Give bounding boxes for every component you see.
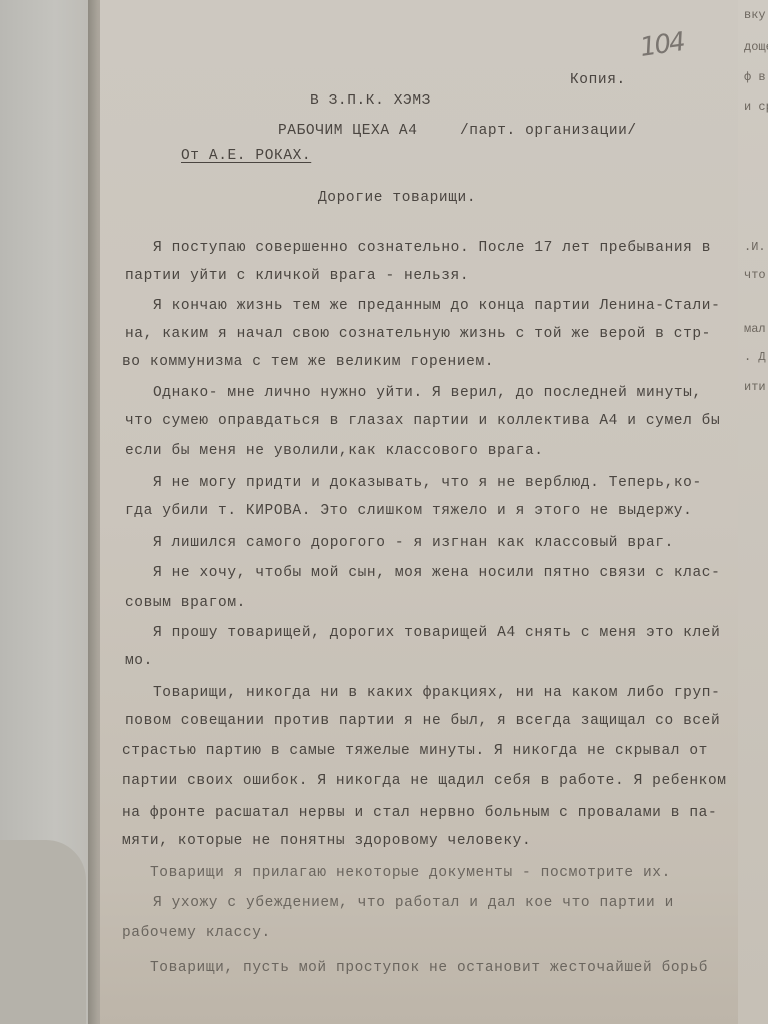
body-line: Я не могу придти и доказывать, что я не … (153, 475, 702, 491)
right-fragment: ф в (744, 70, 766, 84)
body-line: гда убили т. КИРОВА. Это слишком тяжело … (125, 503, 692, 519)
body-line: Я прошу товарищей, дорогих товарищей А4 … (153, 625, 720, 641)
body-line: на, каким я начал свою сознательную жизн… (125, 326, 711, 342)
copy-mark: Копия. (570, 72, 626, 88)
body-line: если бы меня не уволили,как классового в… (125, 443, 544, 459)
body-line: партии своих ошибок. Я никогда не щадил … (122, 773, 727, 789)
archive-page-number: 104 (638, 27, 685, 63)
addressee-line-1: В З.П.К. ХЭМЗ (310, 93, 431, 109)
right-fragment: вку (744, 8, 766, 22)
right-fragment: мал (744, 322, 766, 336)
right-fragment: доще (744, 40, 768, 54)
body-line: Я кончаю жизнь тем же преданным до конца… (153, 298, 720, 314)
body-line: на фронте расшатал нервы и стал нервно б… (122, 805, 717, 821)
body-line: мяти, которые не понятны здоровому челов… (122, 833, 531, 849)
addressee-line-2: РАБОЧИМ ЦЕХА А4 (278, 123, 418, 139)
right-fragment: и ср (744, 100, 768, 114)
right-fragment: .И. (744, 240, 766, 254)
body-line: что сумею оправдаться в глазах партии и … (125, 413, 720, 429)
body-line: Товарищи, пусть мой проступок не останов… (150, 960, 708, 976)
body-line: Однако- мне лично нужно уйти. Я верил, д… (153, 385, 702, 401)
adjacent-right-page: вку доще ф в и ср .И. что мал . Д ити (738, 0, 768, 1024)
left-page-fold (0, 840, 86, 1024)
addressee-note: /парт. организации/ (460, 123, 637, 139)
body-line: Товарищи, никогда ни в каких фракциях, н… (153, 685, 720, 701)
body-line: Я не хочу, чтобы мой сын, моя жена носил… (153, 565, 720, 581)
body-line: совым врагом. (125, 595, 246, 611)
body-line: Я поступаю совершенно сознательно. После… (153, 240, 711, 256)
body-line: Товарищи я прилагаю некоторые документы … (150, 865, 671, 881)
body-line: во коммунизма с тем же великим горением. (122, 354, 494, 370)
right-fragment: что (744, 268, 766, 282)
body-line: Я ухожу с убеждением, что работал и дал … (153, 895, 674, 911)
body-line: страстью партию в самые тяжелые минуты. … (122, 743, 708, 759)
salutation: Дорогие товарищи. (318, 190, 476, 206)
body-line: партии уйти с кличкой врага - нельзя. (125, 268, 469, 284)
body-line: Я лишился самого дорогого - я изгнан как… (153, 535, 674, 551)
body-line: мо. (125, 653, 153, 669)
body-line: рабочему классу. (122, 925, 271, 941)
right-fragment: ити (744, 380, 766, 394)
sender: От А.Е. РОКАХ. (181, 148, 311, 164)
body-line: повом совещании против партии я не был, … (125, 713, 720, 729)
right-fragment: . Д (744, 350, 766, 364)
